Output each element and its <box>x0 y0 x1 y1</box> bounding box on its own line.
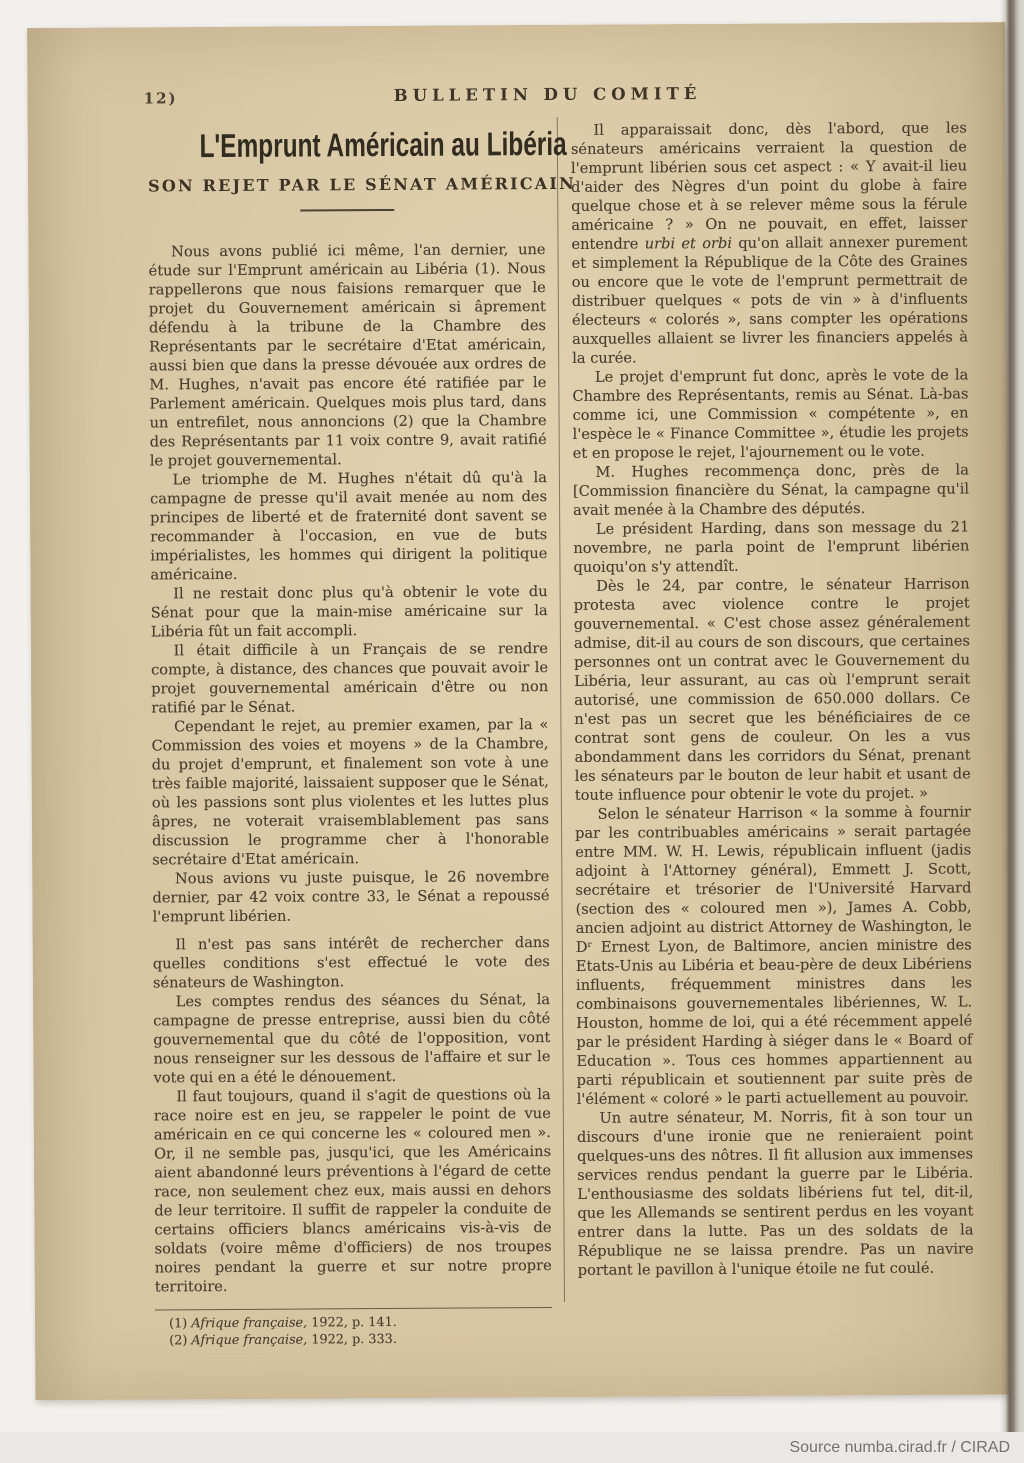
paragraph-segment: qu'on allait annexer purement et simplem… <box>572 233 969 366</box>
article-paragraph: Nous avions vu juste puisque, le 26 nove… <box>152 867 549 926</box>
article-paragraph: Il ne restait donc plus qu'à obtenir le … <box>151 582 548 641</box>
footnote-detail: 1922, p. 141. <box>311 1315 397 1331</box>
article-paragraph: Dès le 24, par contre, le sénateur Harri… <box>574 574 971 804</box>
article-paragraph: Les comptes rendus des séances du Sénat,… <box>153 990 551 1087</box>
article-paragraph: Nous avons publié ici même, l'an dernier… <box>148 240 546 470</box>
article-title: L'Emprunt Américain au Libéria <box>199 125 493 165</box>
article-paragraph: Un autre sénateur, M. Norris, fit à son … <box>577 1106 974 1279</box>
footnote: (2) Afrique française, 1922, p. 333. <box>169 1331 552 1350</box>
footnote-number: (2) <box>169 1333 187 1348</box>
column-divider <box>557 117 566 1302</box>
right-column: Il apparaissait donc, dès l'abord, que l… <box>571 118 974 1279</box>
article-paragraph: Il n'est pas sans intérêt de rechercher … <box>153 933 550 992</box>
running-title: BULLETIN DU COMITÉ <box>108 82 988 106</box>
article-paragraph: Il était difficile à un Français de se r… <box>151 639 548 717</box>
scanned-page: 12) BULLETIN DU COMITÉ L'Emprunt América… <box>27 22 1013 1400</box>
footnotes: (1) Afrique française, 1922, p. 141. (2)… <box>155 1307 552 1349</box>
footnote-source: Afrique française, <box>191 1316 307 1332</box>
article-paragraph: Il apparaissait donc, dès l'abord, que l… <box>571 118 969 367</box>
article-paragraph: Selon le sénateur Harrison « la somme à … <box>575 802 973 1108</box>
article-paragraph: M. Hughes recommença donc, près de la [C… <box>573 460 969 519</box>
article-paragraph: Il faut toujours, quand il s'agit de que… <box>154 1085 552 1296</box>
footnote-detail: 1922, p. 333. <box>311 1331 397 1347</box>
article-paragraph: Le projet d'emprunt fut donc, après le v… <box>572 365 969 462</box>
footnote-number: (1) <box>169 1316 187 1331</box>
latin-phrase: urbi et orbi <box>645 235 732 253</box>
source-attribution-text: Source numba.cirad.fr / CIRAD <box>789 1439 1010 1457</box>
title-rule <box>300 209 394 212</box>
article-paragraph: Cependant le rejet, au premier examen, p… <box>151 715 549 869</box>
book-spine-edge <box>1000 0 1024 1432</box>
article-paragraph: Le triomphe de M. Hughes n'était dû qu'à… <box>150 468 548 584</box>
article-paragraph: Le président Harding, dans son message d… <box>573 517 969 576</box>
scanned-document: 12) BULLETIN DU COMITÉ L'Emprunt América… <box>0 0 1024 1432</box>
source-attribution-bar: Source numba.cirad.fr / CIRAD <box>0 1432 1024 1463</box>
left-column: L'Emprunt Américain au Libéria SON REJET… <box>148 125 552 1349</box>
footnote-source: Afrique française, <box>191 1332 307 1348</box>
article-subtitle: SON REJET PAR LE SÉNAT AMÉRICAIN <box>148 174 545 195</box>
